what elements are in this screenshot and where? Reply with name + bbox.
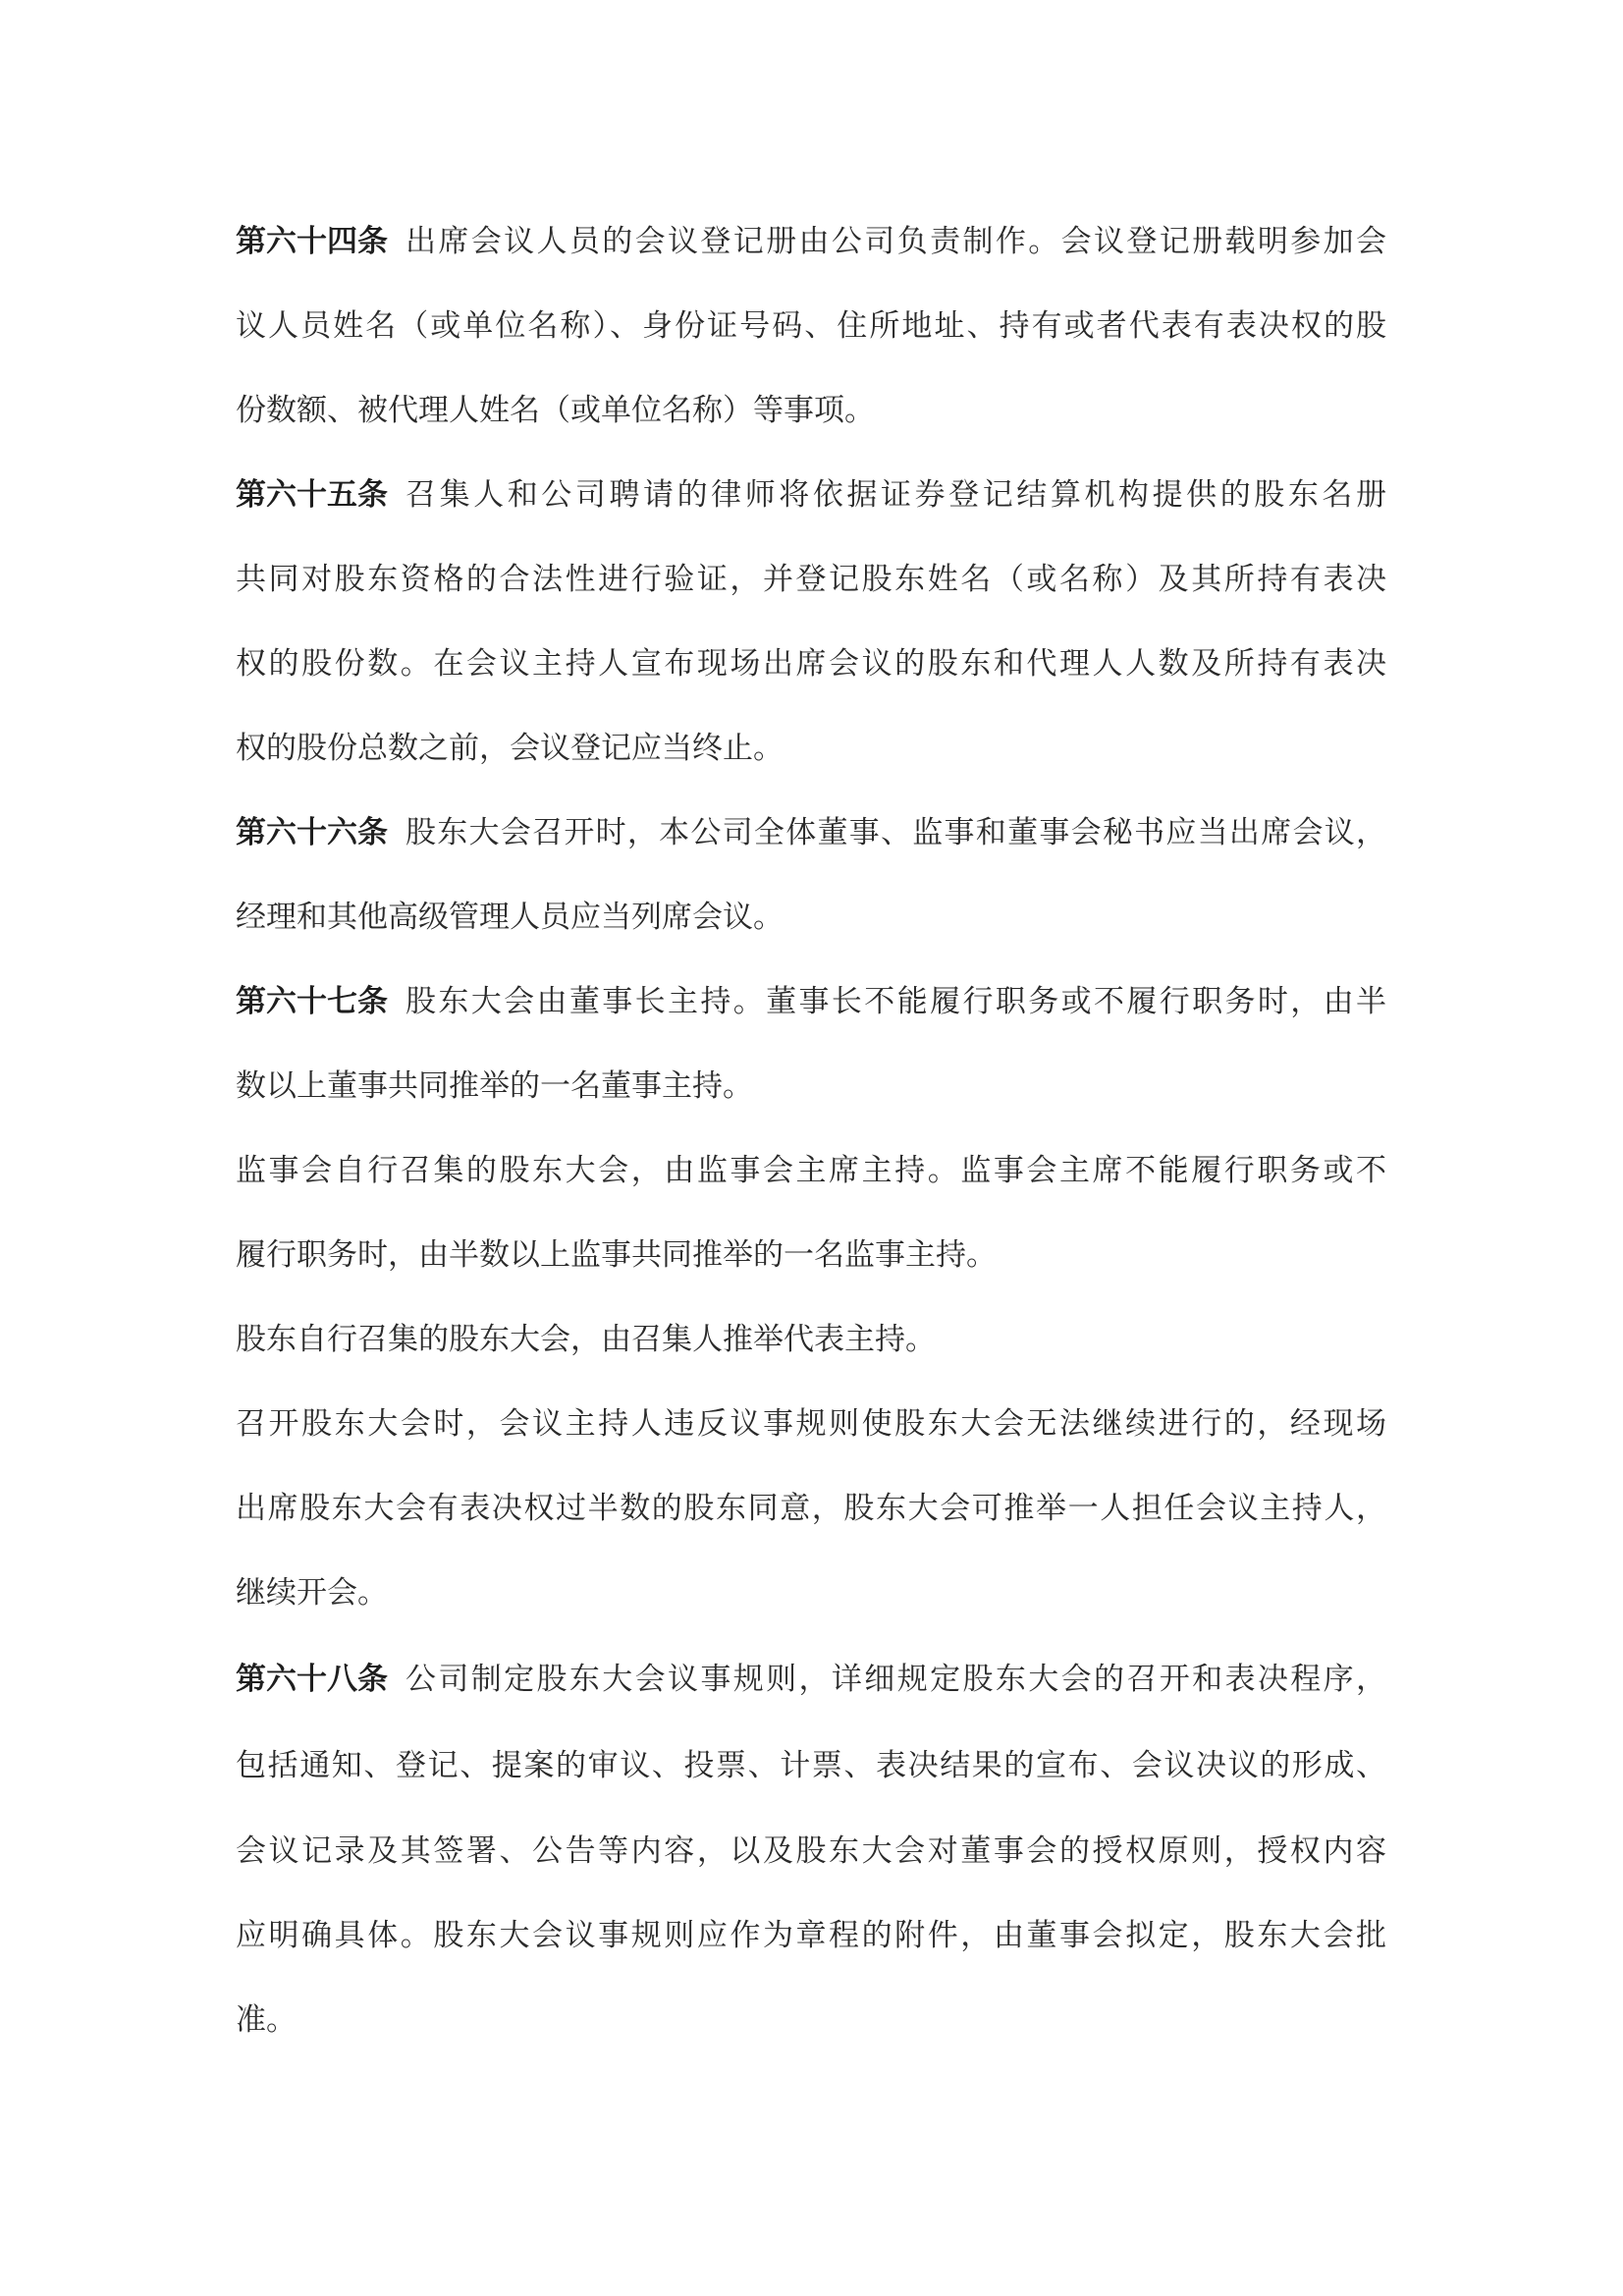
article-64-line-2: 议人员姓名（或单位名称）、身份证号码、住所地址、持有或者代表有表决权的股 xyxy=(236,306,1386,346)
article-67-line-1: 第六十七条 股东大会由董事长主持。董事长不能履行职务或不履行职务时，由半 xyxy=(236,982,1386,1021)
article-67-text: 股东大会由董事长主持。董事长不能履行职务或不履行职务时，由半 xyxy=(406,982,1386,1021)
article-65-heading: 第六十五条 xyxy=(236,475,388,515)
document-page: 第六十四条 出席会议人员的会议登记册由公司负责制作。会议登记册载明参加会 议人员… xyxy=(0,0,1623,2296)
article-65-line-3: 权的股份数。在会议主持人宣布现场出席会议的股东和代理人人数及所持有表决 xyxy=(236,644,1386,683)
article-66-heading: 第六十六条 xyxy=(236,813,388,852)
article-68-text: 公司制定股东大会议事规则，详细规定股东大会的召开和表决程序， xyxy=(406,1660,1386,1699)
article-67-para-4-line-1: 召开股东大会时，会议主持人违反议事规则使股东大会无法继续进行的，经现场 xyxy=(236,1404,1386,1444)
article-68-heading: 第六十八条 xyxy=(236,1660,388,1699)
article-68-line-1: 第六十八条 公司制定股东大会议事规则，详细规定股东大会的召开和表决程序， xyxy=(236,1660,1386,1699)
article-67-para-4-line-2: 出席股东大会有表决权过半数的股东同意，股东大会可推举一人担任会议主持人， xyxy=(236,1489,1386,1528)
article-64-line-3: 份数额、被代理人姓名（或单位名称）等事项。 xyxy=(236,391,1386,430)
article-68-line-3: 会议记录及其签署、公告等内容，以及股东大会对董事会的授权原则，授权内容 xyxy=(236,1831,1386,1871)
article-64-heading: 第六十四条 xyxy=(236,222,388,261)
article-66-line-2: 经理和其他高级管理人员应当列席会议。 xyxy=(236,898,1386,937)
article-64-line-1: 第六十四条 出席会议人员的会议登记册由公司负责制作。会议登记册载明参加会 xyxy=(236,222,1386,261)
article-67-para-2-line-1: 监事会自行召集的股东大会，由监事会主席主持。监事会主席不能履行职务或不 xyxy=(236,1151,1386,1190)
article-64-text: 出席会议人员的会议登记册由公司负责制作。会议登记册载明参加会 xyxy=(406,222,1386,261)
article-67-line-2: 数以上董事共同推举的一名董事主持。 xyxy=(236,1066,1386,1106)
article-65-line-1: 第六十五条 召集人和公司聘请的律师将依据证券登记结算机构提供的股东名册 xyxy=(236,475,1386,515)
article-65-text: 召集人和公司聘请的律师将依据证券登记结算机构提供的股东名册 xyxy=(406,475,1386,515)
article-67-para-2-line-2: 履行职务时，由半数以上监事共同推举的一名监事主持。 xyxy=(236,1235,1386,1275)
article-67-para-3-line-1: 股东自行召集的股东大会，由召集人推举代表主持。 xyxy=(236,1320,1386,1359)
article-67-para-4-line-3: 继续开会。 xyxy=(236,1573,1386,1613)
article-68-line-4: 应明确具体。股东大会议事规则应作为章程的附件，由董事会拟定，股东大会批 xyxy=(236,1916,1386,1955)
article-66-text: 股东大会召开时，本公司全体董事、监事和董事会秘书应当出席会议， xyxy=(406,813,1386,852)
article-65-line-4: 权的股份总数之前，会议登记应当终止。 xyxy=(236,729,1386,768)
article-68-line-2: 包括通知、登记、提案的审议、投票、计票、表决结果的宣布、会议决议的形成、 xyxy=(236,1746,1386,1785)
article-68-line-5: 准。 xyxy=(236,2000,1386,2040)
article-65-line-2: 共同对股东资格的合法性进行验证，并登记股东姓名（或名称）及其所持有表决 xyxy=(236,560,1386,599)
article-66-line-1: 第六十六条 股东大会召开时，本公司全体董事、监事和董事会秘书应当出席会议， xyxy=(236,813,1386,852)
article-67-heading: 第六十七条 xyxy=(236,982,388,1021)
